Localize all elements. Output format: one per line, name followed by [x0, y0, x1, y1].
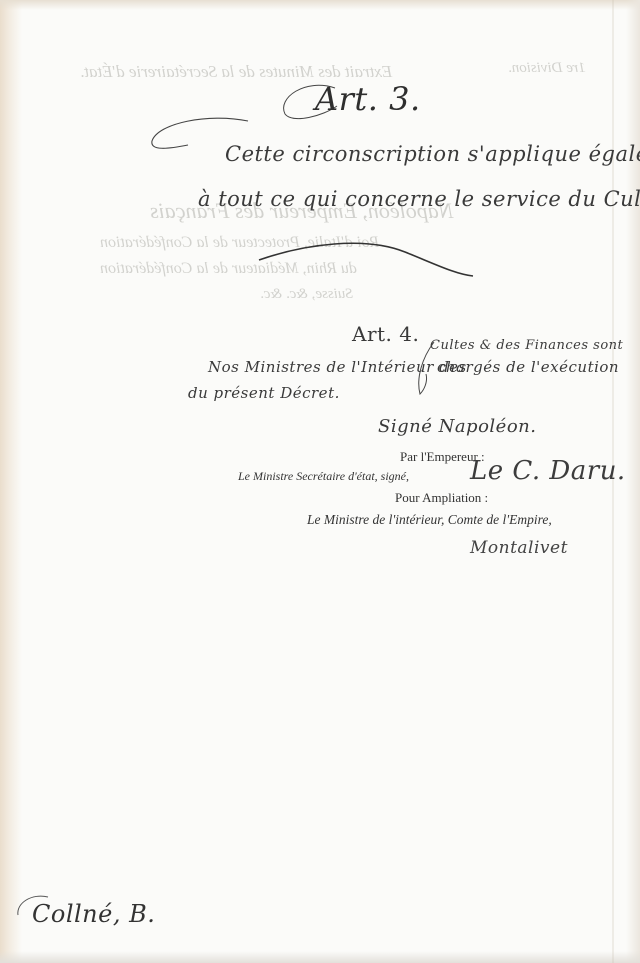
- ministre-interieur-label: Le Ministre de l'intérieur, Comte de l'E…: [307, 512, 552, 528]
- document-page: Extrait des Minutes de la Secrétairerie …: [0, 0, 640, 963]
- separator-swash-icon: [255, 238, 480, 283]
- ministre-secretaire-label: Le Ministre Secrétaire d'état, signé,: [238, 469, 409, 484]
- ministre-signature: Montalivet: [470, 538, 568, 558]
- article3-line1: Cette circonscription s'applique égaleme…: [225, 142, 640, 166]
- article4-line2: du présent Décret.: [188, 384, 340, 402]
- bleed-through-division: 1re Division.: [508, 60, 586, 77]
- bleed-through-line: Suisse, &c. &c.: [260, 286, 353, 303]
- daru-signature: Le C. Daru.: [470, 456, 626, 486]
- bleed-through-header: Extrait des Minutes de la Secrétairerie …: [80, 62, 392, 82]
- insertion-mark-icon: [412, 338, 442, 398]
- footer-note: Collné, B.: [32, 900, 155, 928]
- paper-edge-left: [0, 0, 22, 963]
- article3-line2: à tout ce qui concerne le service du Cul…: [198, 187, 640, 211]
- paper-edge-top: [0, 0, 640, 10]
- article3-heading: Art. 3.: [315, 80, 421, 118]
- article4-heading: Art. 4.: [352, 322, 419, 346]
- article4-line1-end: chargés de l'exécution: [437, 358, 619, 376]
- paper-edge-bottom: [0, 951, 640, 963]
- article4-interlinear-insert: Cultes & des Finances sont: [430, 338, 623, 353]
- signe-napoleon: Signé Napoléon.: [378, 416, 536, 437]
- pour-ampliation-label: Pour Ampliation :: [395, 490, 488, 506]
